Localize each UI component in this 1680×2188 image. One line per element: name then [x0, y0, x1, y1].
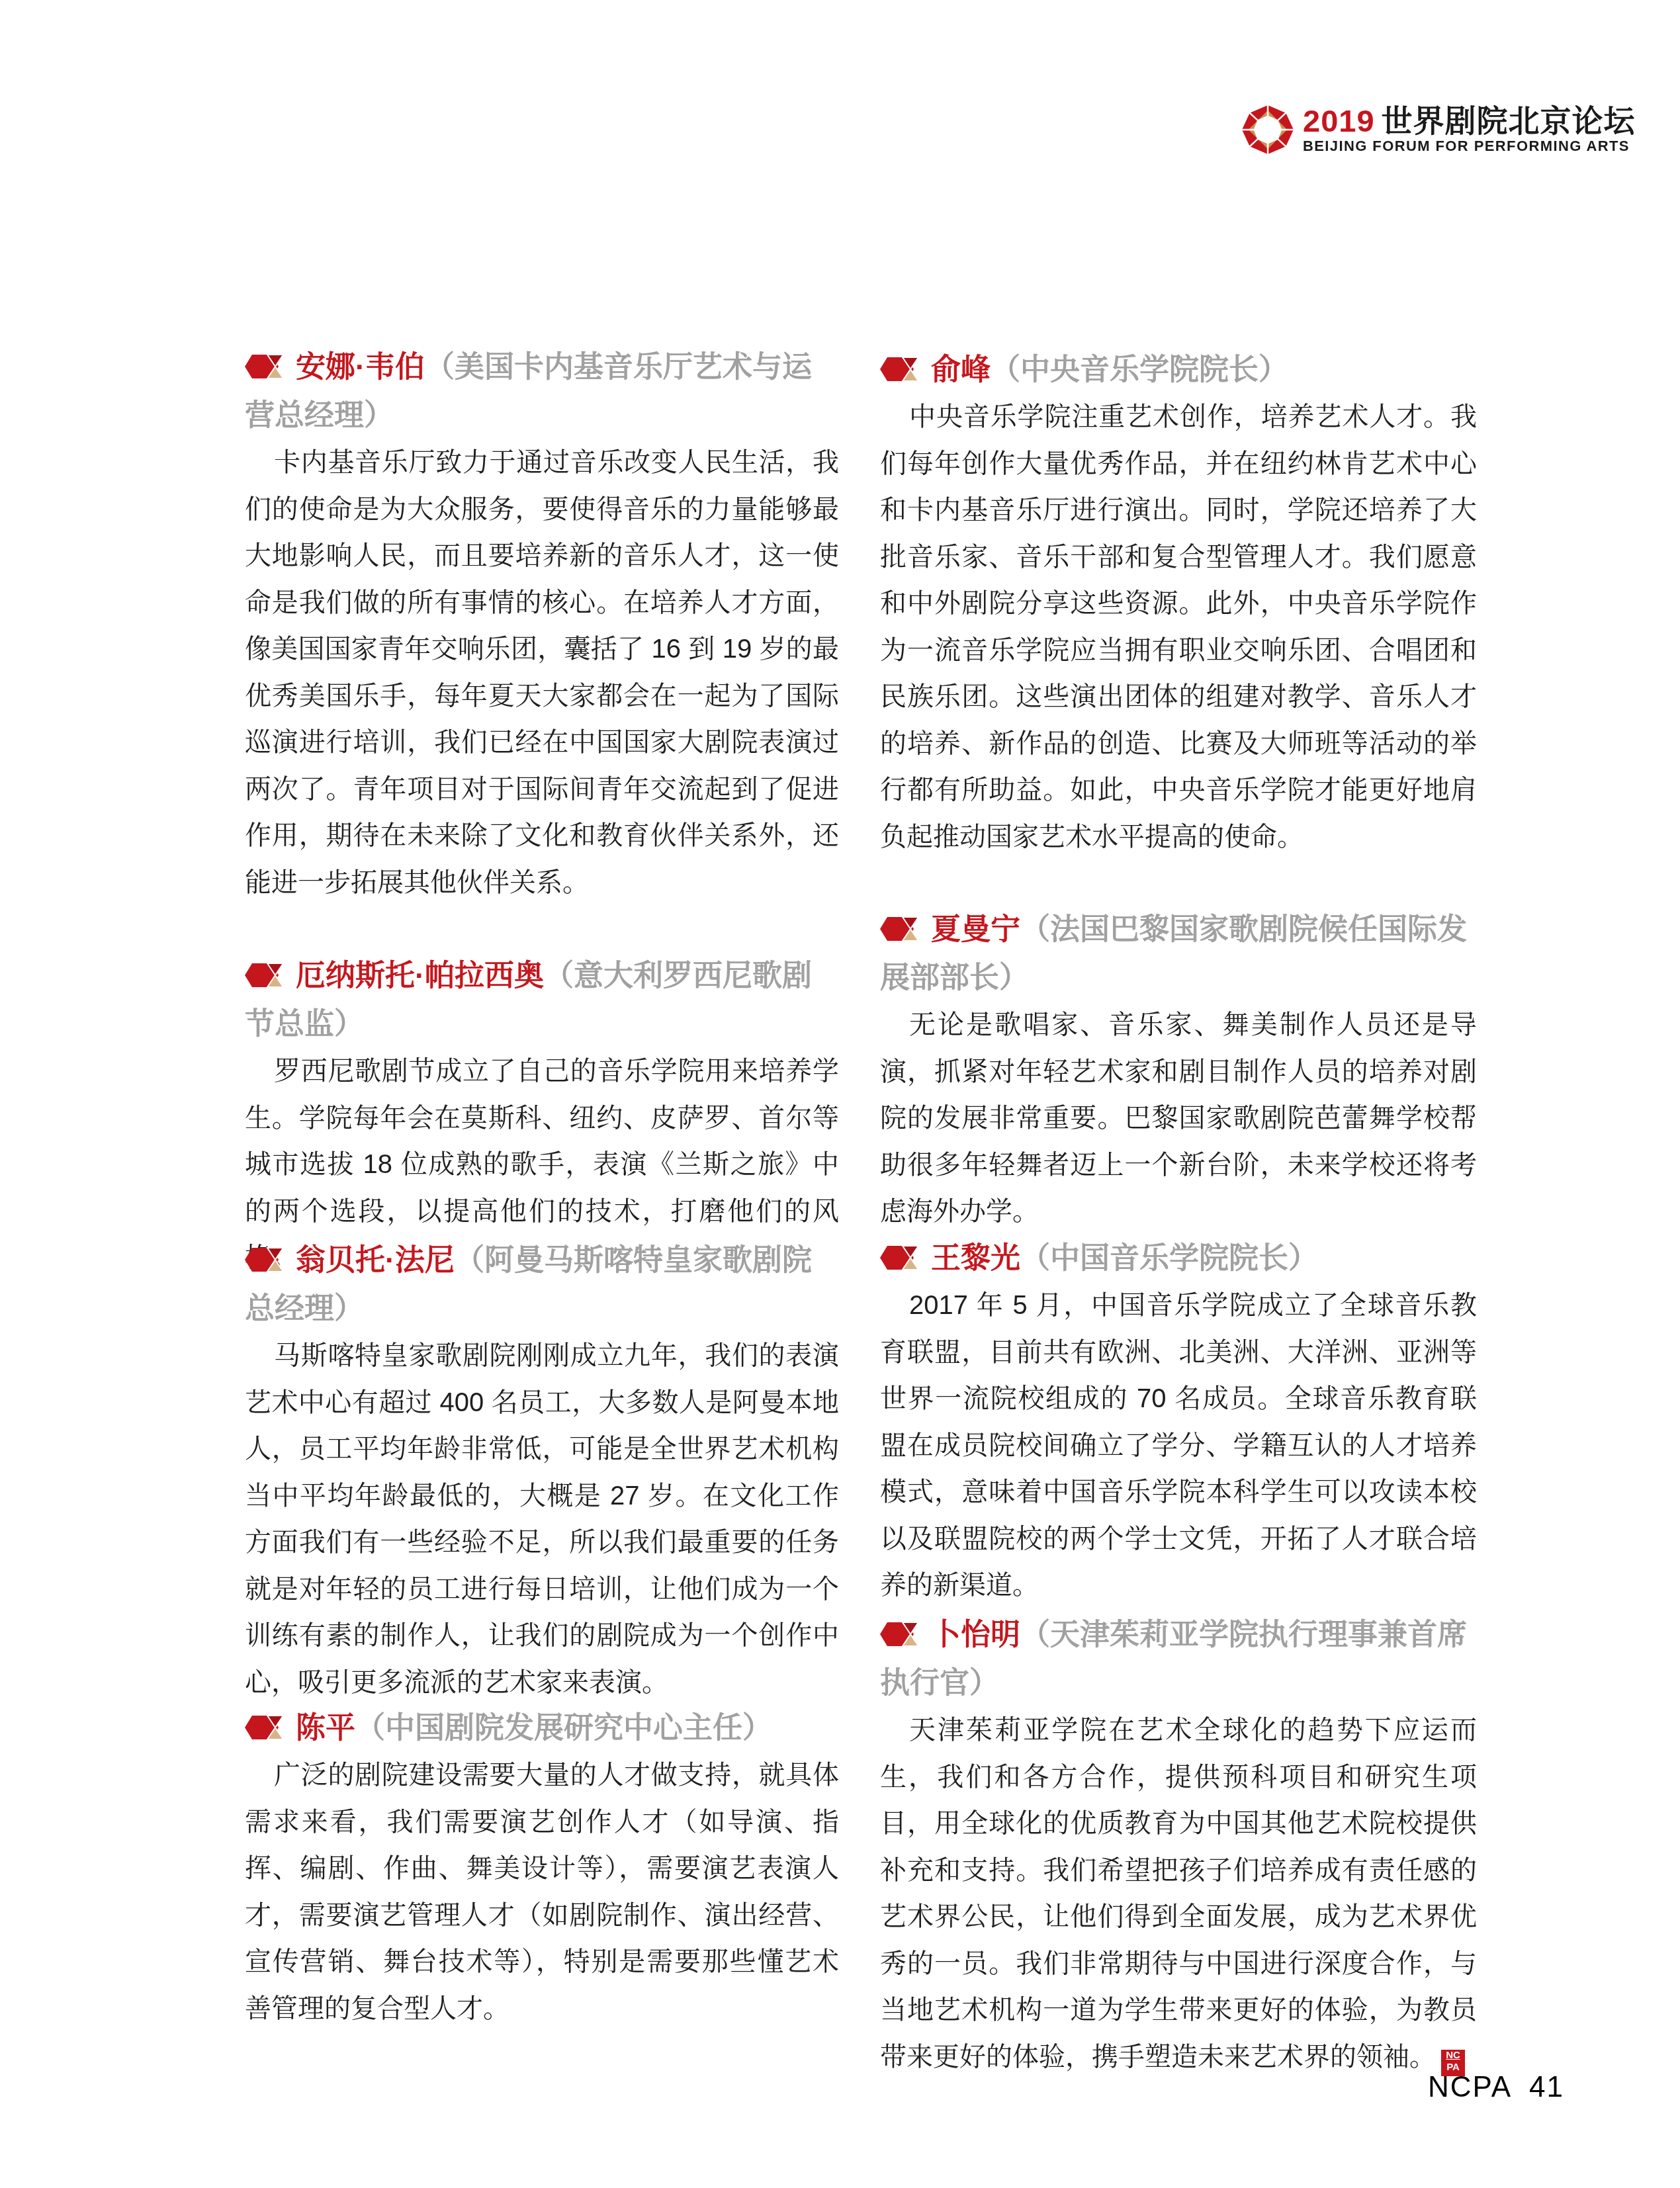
speaker-quote: 中央音乐学院注重艺术创作，培养艺术人才。我们每年创作大量优秀作品，并在纽约林肯艺…	[880, 394, 1477, 860]
end-mark-line1: NC	[1441, 2050, 1465, 2062]
speaker-quote-text: 马斯喀特皇家歌剧院刚刚成立九年，我们的表演艺术中心有超过 400 名员工，大多数…	[245, 1341, 839, 1697]
forum-title-cn: 2019世界剧院北京论坛	[1303, 105, 1636, 138]
speaker-name: 夏曼宁	[931, 912, 1020, 946]
forum-logo-octagon-icon	[1242, 105, 1294, 155]
speaker-quote-text: 无论是歌唱家、音乐家、舞美制作人员还是导演，抓紧对年轻艺术家和剧目制作人员的培养…	[880, 1010, 1477, 1226]
forum-year: 2019	[1303, 103, 1375, 138]
speaker-name: 卜怡明	[931, 1618, 1020, 1651]
speaker-section-anna-weber: 安娜·韦伯（美国卡内基音乐厅艺术与运营总经理） 卡内基音乐厅致力于通过音乐改变人…	[245, 343, 839, 906]
speaker-quote-text: 天津茱莉亚学院在艺术全球化的趋势下应运而生，我们和各方合作，提供预科项目和研究生…	[880, 1716, 1477, 2072]
footer-page-number: 41	[1529, 2071, 1564, 2103]
section-marker-icon	[880, 1245, 921, 1271]
speaker-header: 俞峰（中央音乐学院院长）	[880, 345, 1477, 394]
section-marker-icon	[245, 353, 286, 380]
speaker-section-chen-ping: 陈平（中国剧院发展研究中心主任） 广泛的剧院建设需要大量的人才做支持，就具体需求…	[245, 1704, 839, 2032]
forum-title-cn-text: 世界剧院北京论坛	[1382, 103, 1636, 138]
forum-title-block: 2019世界剧院北京论坛 BEIJING FORUM FOR PERFORMIN…	[1303, 105, 1636, 155]
speaker-name: 安娜·韦伯	[296, 350, 425, 384]
speaker-quote: 马斯喀特皇家歌剧院刚刚成立九年，我们的表演艺术中心有超过 400 名员工，大多数…	[245, 1333, 839, 1706]
speaker-name: 王黎光	[931, 1241, 1020, 1275]
section-marker-icon	[245, 962, 286, 988]
speaker-quote: 广泛的剧院建设需要大量的人才做支持，就具体需求来看，我们需要演艺创作人才（如导演…	[245, 1752, 839, 2032]
speaker-quote-text: 中央音乐学院注重艺术创作，培养艺术人才。我们每年创作大量优秀作品，并在纽约林肯艺…	[880, 402, 1477, 852]
speaker-quote: 天津茱莉亚学院在艺术全球化的趋势下应运而生，我们和各方合作，提供预科项目和研究生…	[880, 1707, 1477, 2080]
speaker-section-xia-manning: 夏曼宁（法国巴黎国家歌剧院候任国际发展部部长） 无论是歌唱家、音乐家、舞美制作人…	[880, 905, 1477, 1235]
speaker-section-umberto-fanni: 翁贝托·法尼（阿曼马斯喀特皇家歌剧院总经理） 马斯喀特皇家歌剧院刚刚成立九年，我…	[245, 1236, 839, 1706]
speaker-section-ernesto-palacio: 厄纳斯托·帕拉西奥（意大利罗西尼歌剧节总监） 罗西尼歌剧节成立了自己的音乐学院用…	[245, 951, 839, 1282]
speaker-role: （中国音乐学院院长）	[1020, 1241, 1318, 1275]
speaker-quote-text: 2017 年 5 月，中国音乐学院成立了全球音乐教育联盟，目前共有欧洲、北美洲、…	[880, 1291, 1477, 1600]
speaker-name: 翁贝托·法尼	[296, 1243, 455, 1277]
speaker-role: （中国剧院发展研究中心主任）	[355, 1711, 772, 1745]
section-marker-icon	[880, 916, 921, 942]
speaker-quote: 无论是歌唱家、音乐家、舞美制作人员还是导演，抓紧对年轻艺术家和剧目制作人员的培养…	[880, 1002, 1477, 1235]
speaker-header: 王黎光（中国音乐学院院长）	[880, 1234, 1477, 1282]
speaker-header: 陈平（中国剧院发展研究中心主任）	[245, 1704, 839, 1752]
speaker-quote: 2017 年 5 月，中国音乐学院成立了全球音乐教育联盟，目前共有欧洲、北美洲、…	[880, 1282, 1477, 1609]
speaker-role: （中央音乐学院院长）	[991, 353, 1288, 386]
speaker-header: 翁贝托·法尼（阿曼马斯喀特皇家歌剧院总经理）	[245, 1236, 839, 1333]
speaker-name: 陈平	[296, 1711, 355, 1745]
footer-journal-name: NCPA	[1428, 2071, 1512, 2103]
section-marker-icon	[245, 1247, 286, 1273]
forum-header: 2019世界剧院北京论坛 BEIJING FORUM FOR PERFORMIN…	[1242, 105, 1636, 155]
page-footer: NCPA41	[1428, 2071, 1564, 2104]
speaker-section-yu-feng: 俞峰（中央音乐学院院长） 中央音乐学院注重艺术创作，培养艺术人才。我们每年创作大…	[880, 345, 1477, 860]
speaker-header: 安娜·韦伯（美国卡内基音乐厅艺术与运营总经理）	[245, 343, 839, 439]
speaker-quote-text: 卡内基音乐厅致力于通过音乐改变人民生活，我们的使命是为大众服务，要使得音乐的力量…	[245, 448, 839, 897]
speaker-quote: 卡内基音乐厅致力于通过音乐改变人民生活，我们的使命是为大众服务，要使得音乐的力量…	[245, 439, 839, 906]
section-marker-icon	[880, 1621, 921, 1647]
speaker-header: 厄纳斯托·帕拉西奥（意大利罗西尼歌剧节总监）	[245, 951, 839, 1048]
speaker-name: 俞峰	[931, 353, 991, 386]
speaker-quote-text: 广泛的剧院建设需要大量的人才做支持，就具体需求来看，我们需要演艺创作人才（如导演…	[245, 1761, 839, 2023]
section-marker-icon	[245, 1714, 286, 1741]
speaker-header: 夏曼宁（法国巴黎国家歌剧院候任国际发展部部长）	[880, 905, 1477, 1002]
speaker-name: 厄纳斯托·帕拉西奥	[296, 959, 544, 992]
speaker-section-bu-yiming: 卜怡明（天津茱莉亚学院执行理事兼首席执行官） 天津茱莉亚学院在艺术全球化的趋势下…	[880, 1610, 1477, 2080]
speaker-section-wang-liguang: 王黎光（中国音乐学院院长） 2017 年 5 月，中国音乐学院成立了全球音乐教育…	[880, 1234, 1477, 1609]
section-marker-icon	[880, 356, 921, 382]
forum-title-en: BEIJING FORUM FOR PERFORMING ARTS	[1303, 138, 1636, 155]
speaker-header: 卜怡明（天津茱莉亚学院执行理事兼首席执行官）	[880, 1610, 1477, 1707]
magazine-page: 2019世界剧院北京论坛 BEIJING FORUM FOR PERFORMIN…	[0, 0, 1680, 2188]
